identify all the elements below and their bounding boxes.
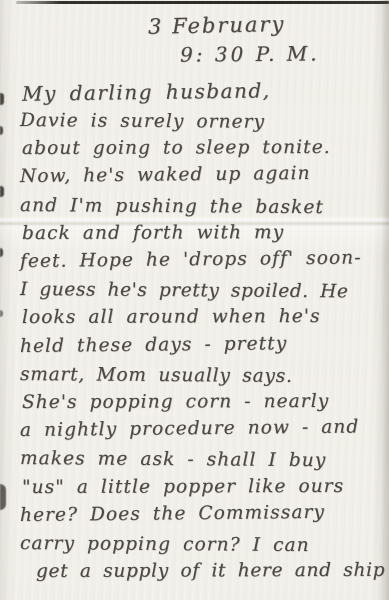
handwritten-line: "us" a little popper like ours: [22, 472, 383, 501]
handwritten-line: Now, he's waked up again: [20, 160, 381, 192]
handwritten-line: looks all around when he's: [22, 303, 383, 332]
handwritten-line: back and forth with my: [22, 219, 383, 248]
time-line: 9: 30 P. M.: [180, 41, 320, 66]
handwritten-line: feet. Hope he 'drops off' soon-: [20, 244, 381, 276]
paper-edge-artifact: [0, 93, 4, 105]
scan-edge-line: [16, 1, 389, 4]
paper-edge-artifact: [0, 248, 3, 257]
handwritten-line: a nightly procedure now - and: [20, 413, 381, 445]
paper-edge-artifact: [0, 186, 4, 197]
date-line: 3 February: [148, 11, 320, 39]
handwritten-line: here? Does the Commissary: [20, 498, 381, 530]
paper-edge-artifact: [0, 310, 3, 317]
salutation-line: My darling husband,: [22, 78, 271, 105]
letter-body: Davie is surely orneryabout going to sle…: [20, 107, 381, 586]
handwritten-line: and I'm pushing the basket: [20, 192, 381, 223]
paper-edge-artifact: [0, 484, 6, 510]
scanned-letter-page: 3 February 9: 30 P. M. My darling husban…: [0, 0, 389, 600]
paper-right-edge-shadow: [381, 0, 389, 600]
handwritten-line: makes me ask - shall I buy: [20, 445, 381, 476]
paper-edge-artifact: [0, 126, 3, 135]
handwritten-line: held these days - pretty: [20, 329, 381, 361]
handwritten-line: get a supply of it here and ship: [36, 557, 383, 586]
date-block: 3 February 9: 30 P. M.: [148, 13, 320, 66]
